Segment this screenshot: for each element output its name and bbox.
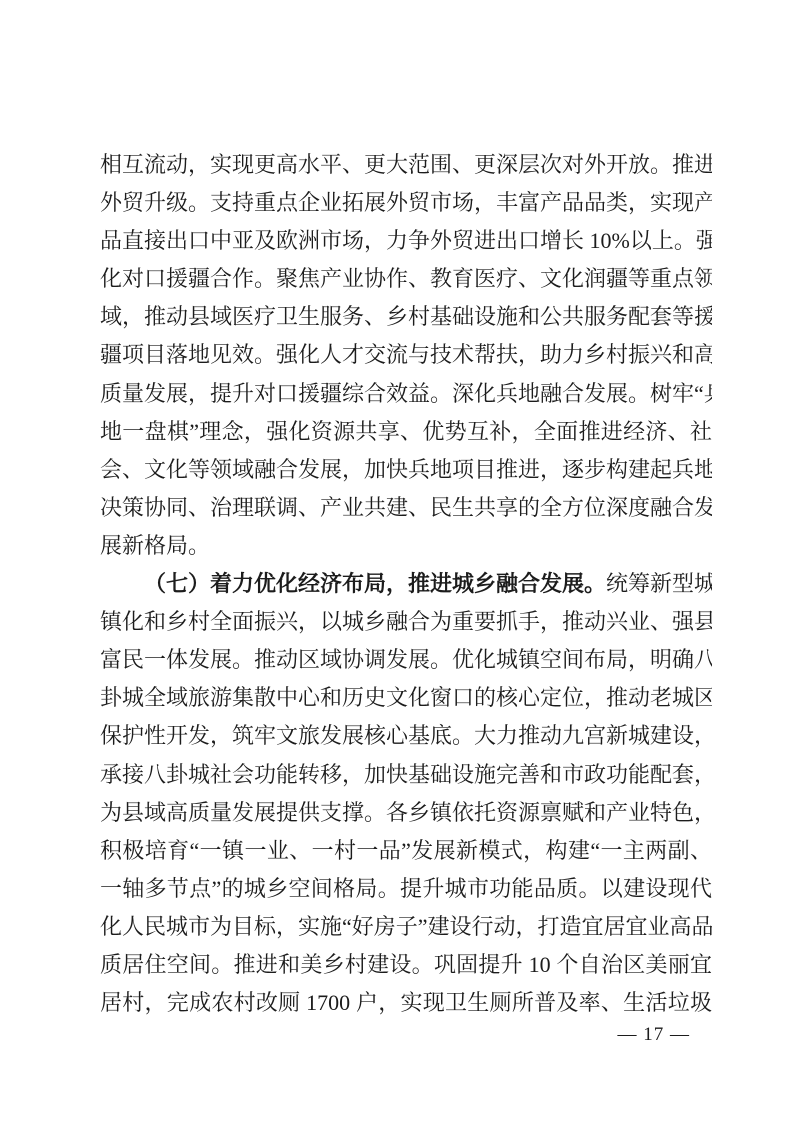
body-line: 富民一体发展。推动区域协调发展。优化城镇空间布局，明确八 [100, 641, 712, 679]
body-line: 镇化和乡村全面振兴，以城乡融合为重要抓手，推动兴业、强县、 [100, 603, 712, 641]
body-line: 展新格局。 [100, 527, 712, 565]
body-line: 卦城全域旅游集散中心和历史文化窗口的核心定位，推动老城区 [100, 679, 712, 717]
body-line: 外贸升级。支持重点企业拓展外贸市场，丰富产品品类，实现产 [100, 184, 712, 222]
section-heading-line: （七）着力优化经济布局，推进城乡融合发展。统筹新型城 [100, 565, 712, 603]
body-line: 疆项目落地见效。强化人才交流与技术帮扶，助力乡村振兴和高 [100, 336, 712, 374]
body-line: 决策协同、治理联调、产业共建、民生共享的全方位深度融合发 [100, 489, 712, 527]
section-heading: （七）着力优化经济布局，推进城乡融合发展。 [144, 571, 606, 596]
body-line: 质居住空间。推进和美乡村建设。巩固提升 10 个自治区美丽宜 [100, 946, 712, 984]
body-line: 承接八卦城社会功能转移，加快基础设施完善和市政功能配套， [100, 756, 712, 794]
body-line: 居村，完成农村改厕 1700 户，实现卫生厕所普及率、生活垃圾 [100, 984, 712, 1022]
body-line: 一轴多节点”的城乡空间格局。提升城市功能品质。以建设现代 [100, 870, 712, 908]
body-text-block: 相互流动，实现更高水平、更大范围、更深层次对外开放。推进 外贸升级。支持重点企业… [100, 146, 712, 1022]
body-line: 会、文化等领域融合发展，加快兵地项目推进，逐步构建起兵地 [100, 451, 712, 489]
body-line: 地一盘棋”理念，强化资源共享、优势互补，全面推进经济、社 [100, 413, 712, 451]
body-line: 质量发展，提升对口援疆综合效益。深化兵地融合发展。树牢“兵 [100, 375, 712, 413]
page-number: — 17 — [618, 1020, 691, 1050]
body-line: 相互流动，实现更高水平、更大范围、更深层次对外开放。推进 [100, 146, 712, 184]
body-line: 品直接出口中亚及欧洲市场，力争外贸进出口增长 10%以上。强 [100, 222, 712, 260]
body-line: 域，推动县域医疗卫生服务、乡村基础设施和公共服务配套等援 [100, 298, 712, 336]
body-line: 化人民城市为目标，实施“好房子”建设行动，打造宜居宜业高品 [100, 908, 712, 946]
section-heading-continuation: 统筹新型城 [606, 571, 712, 596]
body-line: 积极培育“一镇一业、一村一品”发展新模式，构建“一主两副、 [100, 832, 712, 870]
body-line: 为县域高质量发展提供支撑。各乡镇依托资源禀赋和产业特色， [100, 794, 712, 832]
body-line: 化对口援疆合作。聚焦产业协作、教育医疗、文化润疆等重点领 [100, 260, 712, 298]
body-line: 保护性开发，筑牢文旅发展核心基底。大力推动九宫新城建设， [100, 717, 712, 755]
document-page: 相互流动，实现更高水平、更大范围、更深层次对外开放。推进 外贸升级。支持重点企业… [0, 0, 793, 1122]
